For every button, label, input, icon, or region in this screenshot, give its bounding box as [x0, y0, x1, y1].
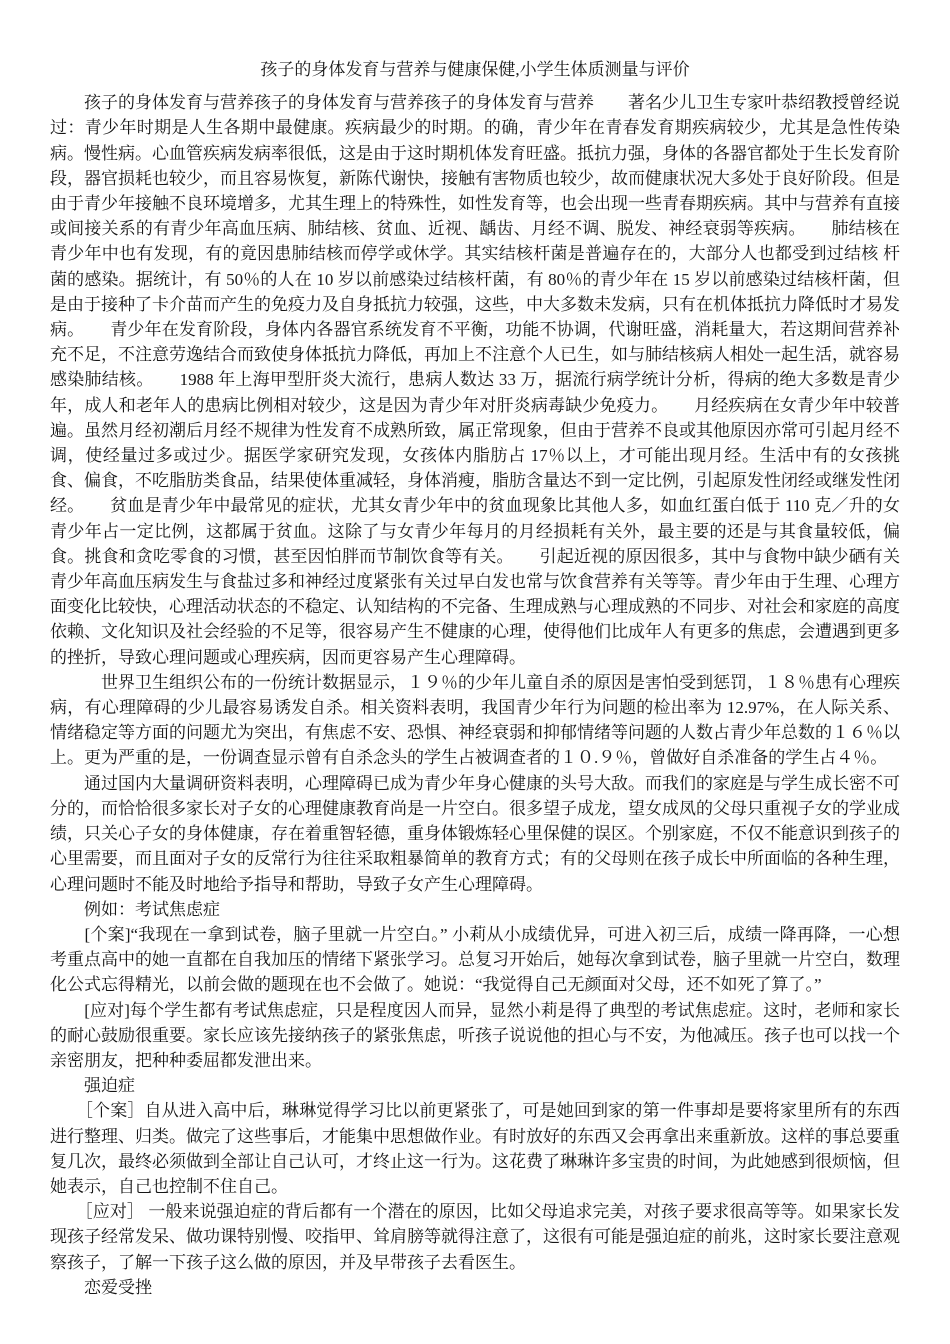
para-example-heading-exam-anxiety: 例如：考试焦虑症	[50, 897, 900, 922]
para-family-education: 通过国内大量调研资料表明，心理障碍已成为青少年身心健康的头号大敌。而我们的家庭是…	[50, 771, 900, 897]
document-body: 孩子的身体发育与营养孩子的身体发育与营养孩子的身体发育与营养 著名少儿卫生专家叶…	[50, 90, 900, 1300]
para-heading-ocd: 强迫症	[50, 1073, 900, 1098]
document-page: 孩子的身体发育与营养与健康保健,小学生体质测量与评价 孩子的身体发育与营养孩子的…	[0, 0, 950, 1344]
para-who-suicide-stats: 世界卫生组织公布的一份统计数据显示，１９％的少年儿童自杀的原因是害怕受到惩罚，１…	[50, 670, 900, 771]
para-overview-health: 孩子的身体发育与营养孩子的身体发育与营养孩子的身体发育与营养 著名少儿卫生专家叶…	[50, 90, 900, 670]
para-response-ocd: ［应对］ 一般来说强迫症的背后都有一个潜在的原因，比如父母追求完美，对孩子要求很…	[50, 1199, 900, 1275]
para-case-ocd: ［个案］自从进入高中后，琳琳觉得学习比以前更紧张了，可是她回到家的第一件事却是要…	[50, 1098, 900, 1199]
para-response-exam-anxiety: [应对]每个学生都有考试焦虑症，只是程度因人而异，显然小莉是得了典型的考试焦虑症…	[50, 998, 900, 1074]
para-heading-love-setback: 恋爱受挫	[50, 1275, 900, 1300]
document-title: 孩子的身体发育与营养与健康保健,小学生体质测量与评价	[50, 57, 900, 82]
para-case-exam-anxiety: [个案]“我现在一拿到试卷，脑子里就一片空白。” 小莉从小成绩优异，可进入初三后…	[50, 922, 900, 998]
